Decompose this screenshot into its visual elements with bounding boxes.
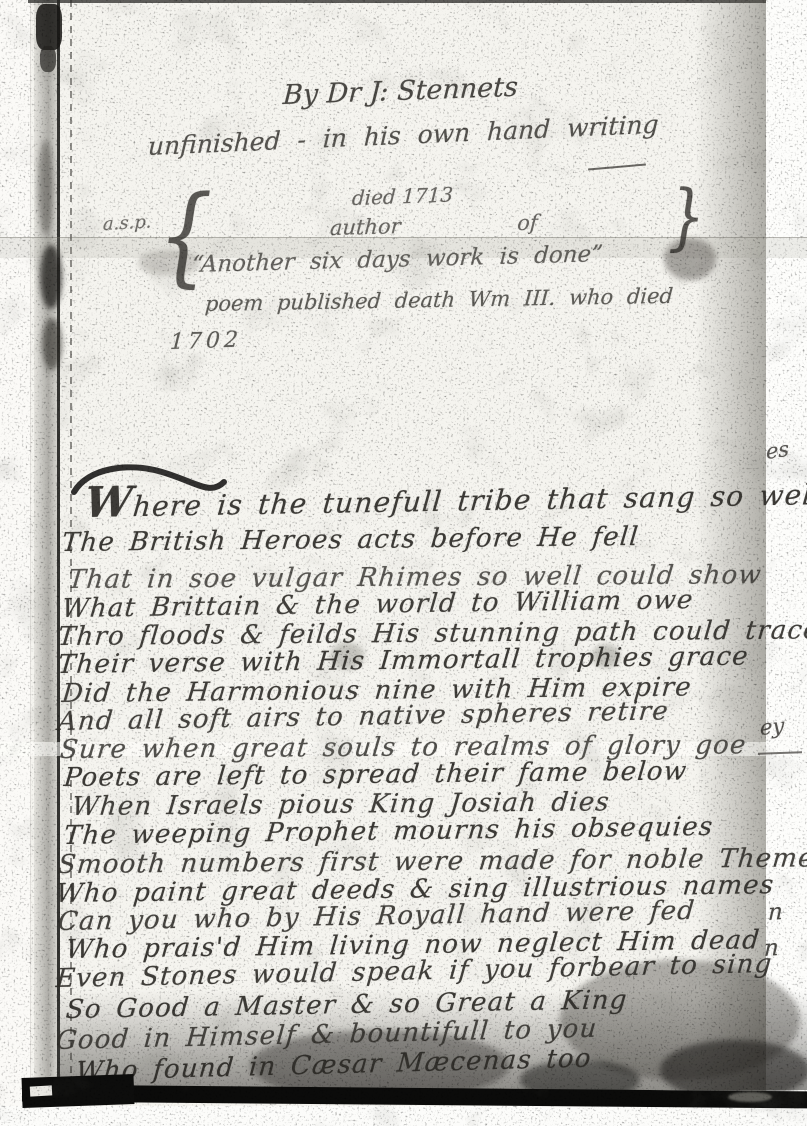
poem-line: The British Heroes acts before He fell: [61, 522, 641, 558]
left-brace: {: [158, 174, 213, 299]
annotation-year: 1702: [169, 327, 242, 355]
paper-sliver: [728, 1092, 772, 1102]
margin-fragment: es: [766, 437, 790, 464]
margin-fragment: n: [764, 935, 780, 962]
binding-blot: [40, 245, 62, 309]
ink-blot: [36, 4, 62, 50]
right-brace: }: [668, 174, 705, 259]
margin-fragment: ey: [760, 713, 784, 740]
annotation-initials: a.s.p.: [103, 211, 152, 235]
annotation-author: author of: [329, 211, 538, 240]
ink-blot: [40, 46, 56, 72]
binding-line: [57, 0, 60, 1126]
underline-flourish: [588, 163, 646, 170]
left-margin-strip: [0, 0, 31, 1126]
annotation-died: died 1713: [351, 182, 453, 210]
byline-text: By Dr J: Stennets: [282, 72, 519, 111]
scanned-manuscript-page: By Dr J: Stennets unfinished - in his ow…: [0, 0, 807, 1126]
bottom-edge-notch: [30, 1085, 52, 1096]
binding-blot: [42, 318, 62, 370]
binding-blot: [38, 140, 53, 235]
below-page-white: [0, 1106, 807, 1126]
margin-fragment: n: [768, 899, 784, 926]
annotation-poem-note: poem published death Wm III. who died: [204, 284, 674, 316]
subtitle-text: unfinished - in his own hand writing: [147, 110, 659, 161]
page-top-edge: [28, 0, 807, 3]
